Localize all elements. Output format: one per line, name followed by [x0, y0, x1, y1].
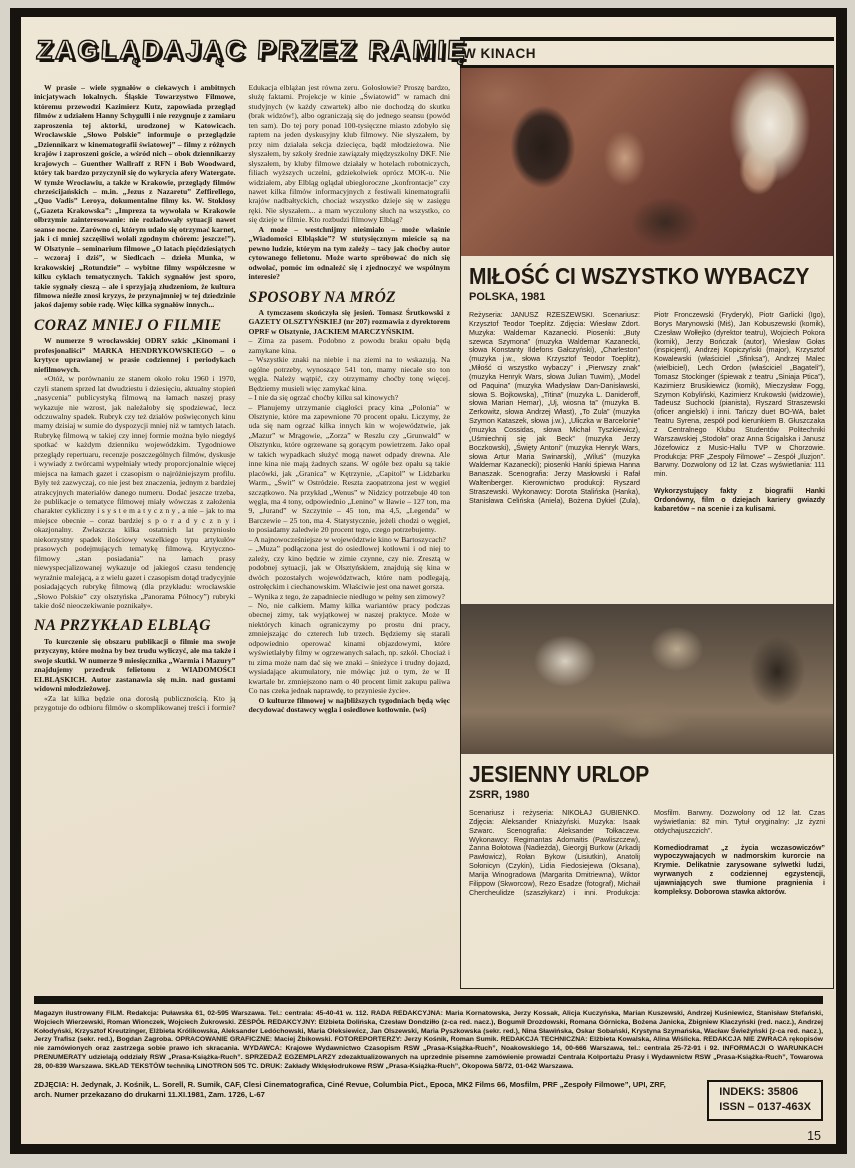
- review-jesienny: JESIENNY URLOP ZSRR, 1980 Scenariusz i r…: [461, 754, 833, 953]
- review-summary: Wykorzystujący fakty z biografii Hanki O…: [654, 487, 825, 514]
- section-lead-odra: W numerze 9 wrocławskiej ODRY szkic „Kin…: [34, 336, 236, 374]
- review-title: MIŁOŚĆ CI WSZYSTKO WYBACZY: [469, 265, 825, 290]
- article-body: W prasie – wiele sygnałów o ciekawych i …: [34, 83, 450, 985]
- footer-bottom-row: ZDJĘCIA: H. Jedynak, J. Kośnik, L. Sorel…: [34, 1080, 823, 1121]
- review-credits: Reżyseria: JANUSZ RZESZEWSKI. Scenariusz…: [469, 311, 825, 600]
- review-origin: POLSKA, 1981: [469, 291, 825, 303]
- article-title: ZAGLĄDAJĄC PRZEZ RAMIĘ: [35, 35, 451, 75]
- section-heading-elblag: NA PRZYKŁAD ELBLĄG: [34, 621, 236, 630]
- w-kinach-box: MIŁOŚĆ CI WSZYSTKO WYBACZY POLSKA, 1981 …: [460, 68, 834, 989]
- w-kinach-header: W KINACH: [460, 37, 834, 68]
- scan-frame: ZAGLĄDAJĄC PRZEZ RAMIĘ W prasie – wiele …: [10, 8, 847, 1154]
- footer-rule: [34, 996, 823, 1004]
- review-milosc: MIŁOŚĆ CI WSZYSTKO WYBACZY POLSKA, 1981 …: [461, 256, 833, 604]
- page-number: 15: [34, 1129, 823, 1143]
- section-heading-coraz-mniej: CORAZ MNIEJ O FILMIE: [34, 321, 236, 330]
- indeks-number: INDEKS: 35806: [719, 1085, 811, 1100]
- page-content: ZAGLĄDAJĄC PRZEZ RAMIĘ W prasie – wiele …: [34, 31, 823, 989]
- interview-dialog: – Zima za pasem. Podobno z powodu braku …: [249, 336, 451, 695]
- article-column-area: ZAGLĄDAJĄC PRZEZ RAMIĘ W prasie – wiele …: [34, 31, 450, 989]
- magazine-page: ZAGLĄDAJĄC PRZEZ RAMIĘ W prasie – wiele …: [21, 17, 836, 1144]
- review-origin: ZSRR, 1980: [469, 789, 825, 801]
- photo-credits: ZDJĘCIA: H. Jedynak, J. Kośnik, L. Sorel…: [34, 1080, 674, 1121]
- section-quote-hendrykowski: «Otóż, w porównaniu ze stanem około roku…: [34, 374, 236, 610]
- review-credits: Scenariusz i reżyseria: NIKOŁAJ GUBIENKO…: [469, 809, 825, 949]
- section-appeal-elblag: A może – westchnijmy nieśmiało – może wł…: [249, 225, 451, 282]
- review-title: JESIENNY URLOP: [469, 763, 825, 788]
- article-closing-note: O kulturze filmowej w najbliższych tygod…: [249, 696, 451, 715]
- imprint-footer: Magazyn ilustrowany FILM. Redakcja: Puła…: [34, 996, 823, 1143]
- indeks-issn-box: INDEKS: 35806 ISSN – 0137-463X: [707, 1080, 823, 1121]
- review-credits-text: Reżyseria: JANUSZ RZESZEWSKI. Scenariusz…: [469, 311, 825, 514]
- article-intro: W prasie – wiele sygnałów o ciekawych i …: [34, 83, 236, 310]
- issn-number: ISSN – 0137-463X: [719, 1100, 811, 1115]
- film-still-jesienny-urlop: [461, 604, 833, 754]
- imprint-text: Magazyn ilustrowany FILM. Redakcja: Puła…: [34, 1010, 823, 1071]
- film-still-milosc-ci-wszystko-wybaczy: [461, 68, 833, 256]
- section-heading-mroz: SPOSOBY NA MRÓZ: [249, 293, 451, 302]
- review-summary: Komediodramat „z życia wczasowiczów” wyp…: [654, 844, 825, 897]
- w-kinach-section: W KINACH MIŁOŚĆ CI WSZYSTKO WYBACZY POLS…: [460, 31, 834, 989]
- section-lead-warmia: To kurczenie się obszaru publikacji o fi…: [34, 637, 236, 694]
- section-lead-gazeta-olsztynska: A tymczasem skończyła się jesień. Tomasz…: [249, 308, 451, 336]
- magazine-scan: { "masthead": { "title": "ZAGLĄDAJĄC PRZ…: [0, 0, 855, 1168]
